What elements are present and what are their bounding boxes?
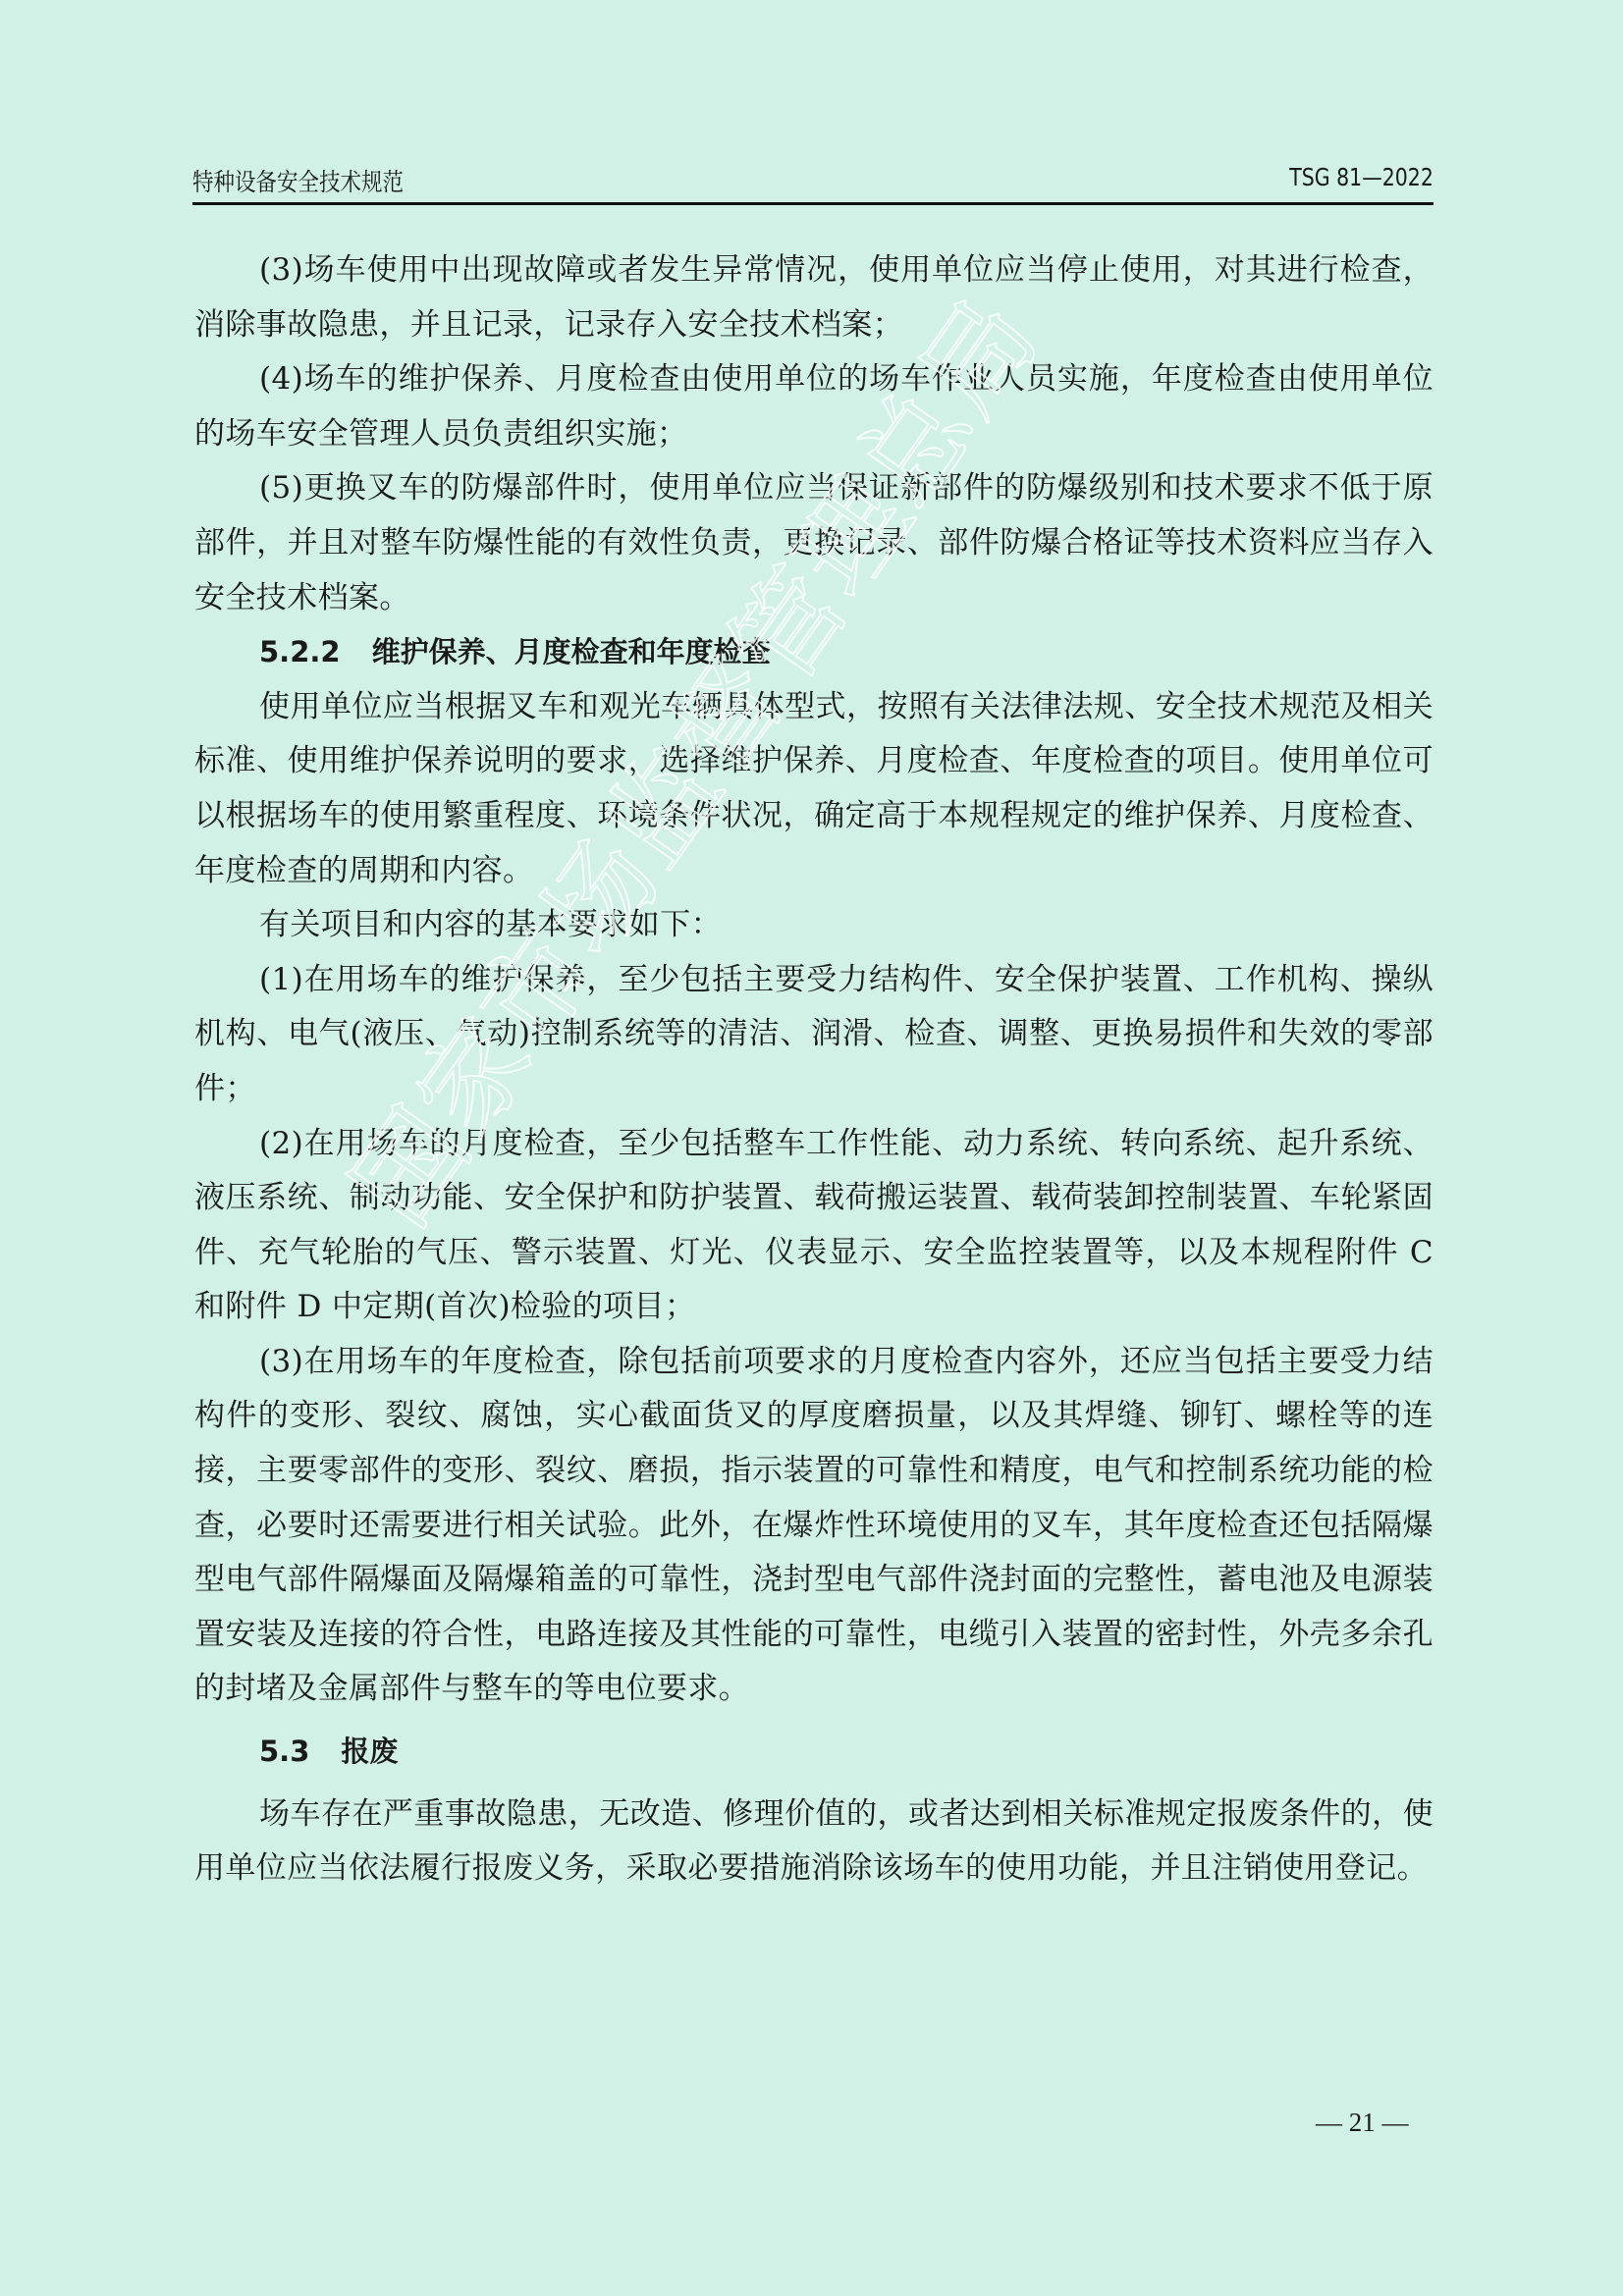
requirement-item-1: (1)在用场车的维护保养，至少包括主要受力结构件、安全保护装置、工作机构、操纵机… [194,953,1434,1117]
page-body: (3)场车使用中出现故障或者发生异常情况，使用单位应当停止使用，对其进行检查，消… [194,243,1434,1896]
paragraph-item-5: (5)更换叉车的防爆部件时，使用单位应当保证新部件的防爆级别和技术要求不低于原部… [194,461,1434,625]
section-body: 场车存在严重事故隐患，无改造、修理价值的，或者达到相关标准规定报废条件的，使用单… [194,1788,1434,1896]
section-title: 维护保养、月度检查和年度检查 [372,635,771,668]
paragraph-item-4: (4)场车的维护保养、月度检查由使用单位的场车作业人员实施，年度检查由使用单位的… [194,352,1434,461]
document-code: TSG 81—2022 [1289,163,1434,191]
section-heading-5-2-2: 5.2.2维护保养、月度检查和年度检查 [194,625,1434,680]
requirement-item-3: (3)在用场车的年度检查，除包括前项要求的月度检查内容外，还应当包括主要受力结构… [194,1335,1434,1717]
section-number: 5.3 [259,1725,309,1780]
page-number: — 21 — [1316,2108,1409,2138]
requirement-item-2: (2)在用场车的月度检查，至少包括整车工作性能、动力系统、转向系统、起升系统、液… [194,1117,1434,1335]
section-number: 5.2.2 [259,625,341,680]
section-title: 报废 [341,1735,398,1768]
paragraph-item-3: (3)场车使用中出现故障或者发生异常情况，使用单位应当停止使用，对其进行检查，消… [194,243,1434,352]
section-lead: 有关项目和内容的基本要求如下： [194,898,1434,953]
section-intro: 使用单位应当根据叉车和观光车辆具体型式，按照有关法律法规、安全技术规范及相关标准… [194,680,1434,898]
page-header: 特种设备安全技术规范 TSG 81—2022 [192,163,1434,202]
section-heading-5-3: 5.3报废 [194,1725,1434,1780]
header-divider [192,202,1434,205]
document-series-title: 特种设备安全技术规范 [192,163,404,198]
